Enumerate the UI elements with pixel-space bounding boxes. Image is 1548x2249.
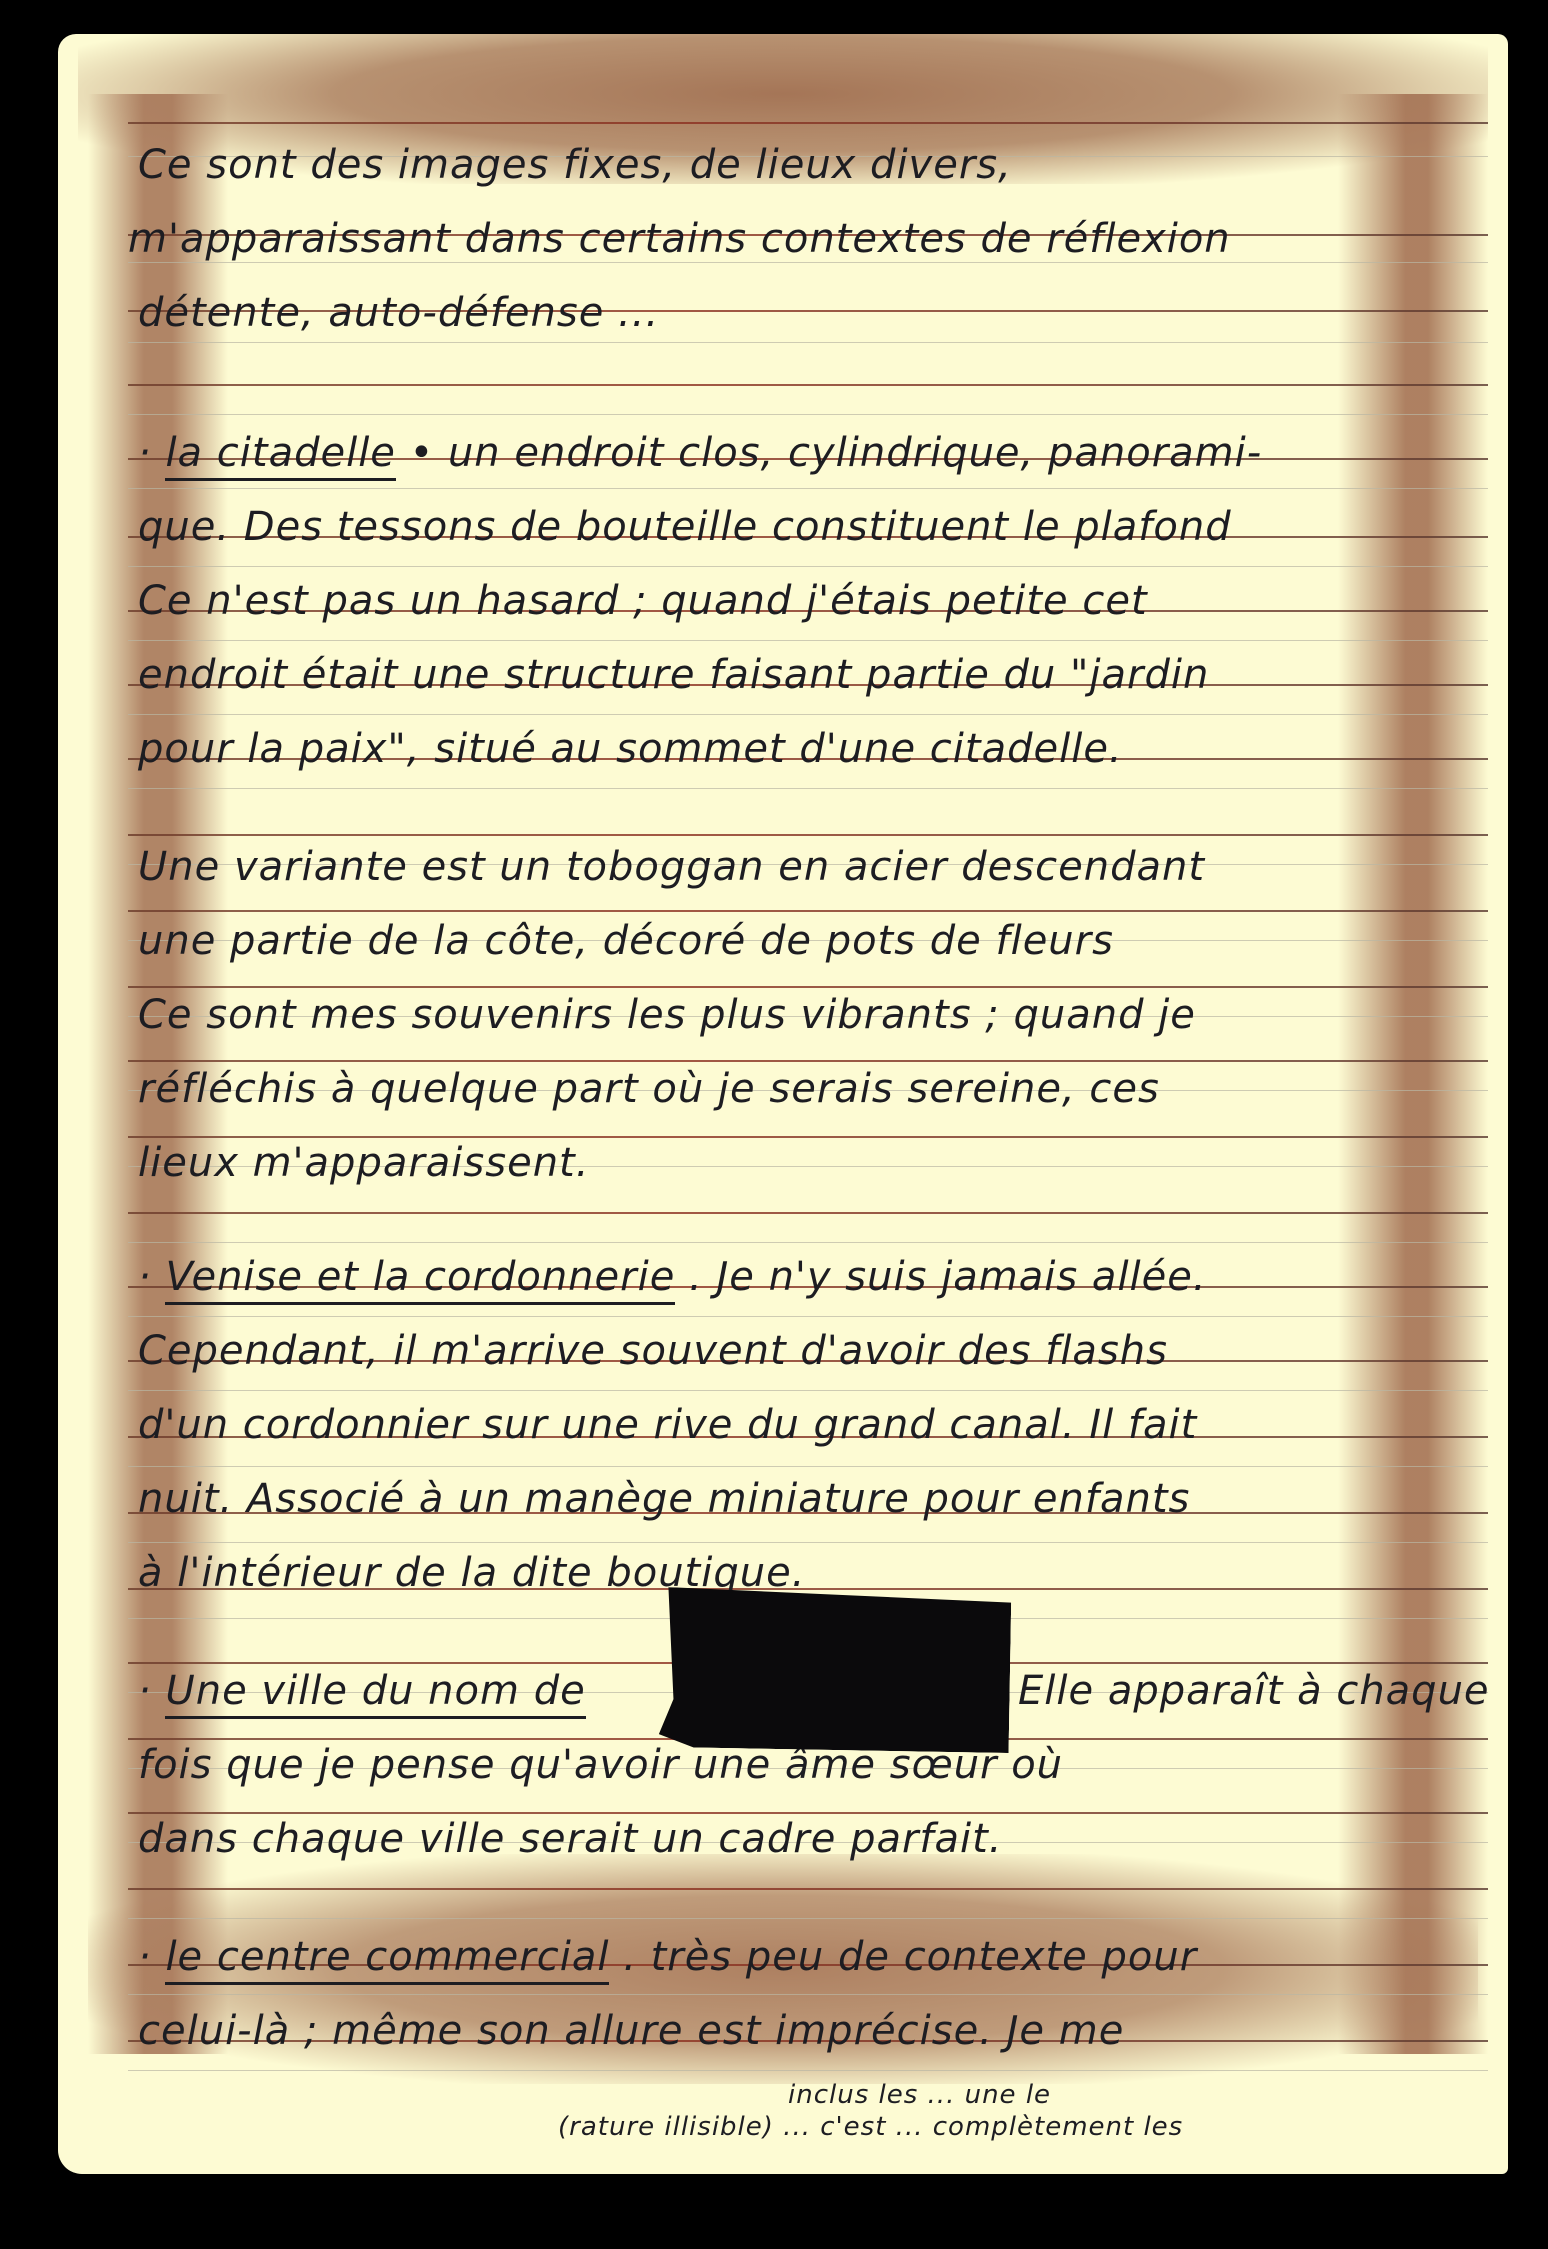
section-line: celui-là ; même son allure est imprécise… — [138, 2008, 1124, 2054]
section-citadelle-first-line: · la citadelle • un endroit clos, cylind… — [138, 430, 1262, 476]
bullet: · — [138, 1668, 152, 1714]
section-line: lieux m'apparaissent. — [138, 1140, 589, 1186]
section-heading-citadelle: la citadelle — [165, 430, 395, 481]
section-line: nuit. Associé à un manège miniature pour… — [138, 1476, 1190, 1522]
margin-note: inclus les ... une le — [788, 2080, 1051, 2110]
intro-line-1: Ce sont des images fixes, de lieux diver… — [138, 142, 1012, 188]
section-text: . Je n'y suis jamais allée. — [689, 1254, 1207, 1300]
bullet: · — [138, 1934, 152, 1980]
section-line: Ce n'est pas un hasard ; quand j'étais p… — [138, 578, 1148, 624]
section-line: que. Des tessons de bouteille constituen… — [138, 504, 1232, 550]
intro-line-3: détente, auto-défense ... — [138, 290, 659, 336]
section-heading-centre-commercial: le centre commercial — [165, 1934, 609, 1985]
section-line: une partie de la côte, décoré de pots de… — [138, 918, 1114, 964]
section-line: Une variante est un toboggan en acier de… — [138, 844, 1205, 890]
section-heading-ville: Une ville du nom de — [165, 1668, 585, 1719]
section-centre-first-line: · le centre commercial . très peu de con… — [138, 1934, 1197, 1980]
bullet: · — [138, 430, 152, 476]
section-line: Cependant, il m'arrive souvent d'avoir d… — [138, 1328, 1168, 1374]
redaction-tape — [659, 1587, 1012, 1753]
section-line: pour la paix", situé au sommet d'une cit… — [138, 726, 1123, 772]
section-line: Ce sont mes souvenirs les plus vibrants … — [138, 992, 1196, 1038]
section-text: • un endroit clos, cylindrique, panorami… — [410, 430, 1263, 476]
section-line: endroit était une structure faisant part… — [138, 652, 1209, 698]
section-heading-venise: Venise et la cordonnerie — [165, 1254, 675, 1305]
bullet: · — [138, 1254, 152, 1300]
section-line: réfléchis à quelque part où je serais se… — [138, 1066, 1160, 1112]
section-line-cramped: (rature illisible) ... c'est ... complèt… — [558, 2112, 1183, 2142]
section-line: dans chaque ville serait un cadre parfai… — [138, 1816, 1003, 1862]
section-ville-first-line: · Une ville du nom de — [138, 1668, 586, 1714]
handwritten-text: Ce sont des images fixes, de lieux diver… — [58, 34, 1508, 2174]
section-text: . très peu de contexte pour — [623, 1934, 1197, 1980]
section-line: d'un cordonnier sur une rive du grand ca… — [138, 1402, 1197, 1448]
notebook-page: Ce sont des images fixes, de lieux diver… — [58, 34, 1508, 2174]
section-venise-first-line: · Venise et la cordonnerie . Je n'y suis… — [138, 1254, 1207, 1300]
section-line: Elle apparaît à chaque — [1018, 1668, 1490, 1714]
intro-line-2: m'apparaissant dans certains contextes d… — [128, 216, 1231, 262]
